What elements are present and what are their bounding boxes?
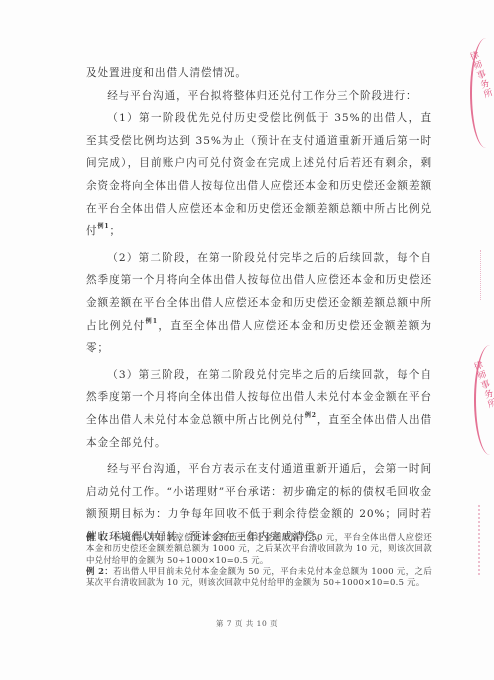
paragraph-continuation: 及处置进度和出借人清偿情况。 [86,62,432,85]
footnote-ref-1: 例1 [98,223,110,230]
paragraph-stage-3: （3）第三阶段，在第二阶段兑付完毕之后的后续回款，每个自然季度第一个月将向全体出… [86,364,432,454]
seal-stamp-faint-bottom [478,505,492,575]
seal-stamp-faint-mid [480,250,489,300]
footnote-ref-2: 例2 [305,412,317,419]
body-text: 及处置进度和出借人清偿情况。 经与平台沟通，平台拟将整体归还兑付工作分三个阶段进… [86,62,432,548]
document-page: 及处置进度和出借人清偿情况。 经与平台沟通，平台拟将整体归还兑付工作分三个阶段进… [0,0,494,680]
footnote-2: 例 2：若出借人甲目前未兑付本金金额为 50 元，平台未兑付本金总额为 1000… [86,566,432,589]
footnotes: 例 1：若出借人甲目前应偿还本金和历史偿还金额差额为 50 元，平台全体出借人应… [86,532,432,588]
footnote-1: 例 1：若出借人甲目前应偿还本金和历史偿还金额差额为 50 元，平台全体出借人应… [86,532,432,566]
paragraph-intro: 经与平台沟通，平台拟将整体归还兑付工作分三个阶段进行： [86,85,432,108]
footnote-ref-1b: 例1 [146,318,158,325]
paragraph-stage-1: （1）第一阶段优先兑付历史受偿比例低于 35%的出借人，直至其受偿比例均达到 3… [86,107,432,243]
page-number: 第 7 页 共 10 页 [0,618,494,629]
paragraph-stage-2: （2）第二阶段，在第一阶段兑付完毕之后的后续回款，每个自然季度第一个月将向全体出… [86,247,432,360]
